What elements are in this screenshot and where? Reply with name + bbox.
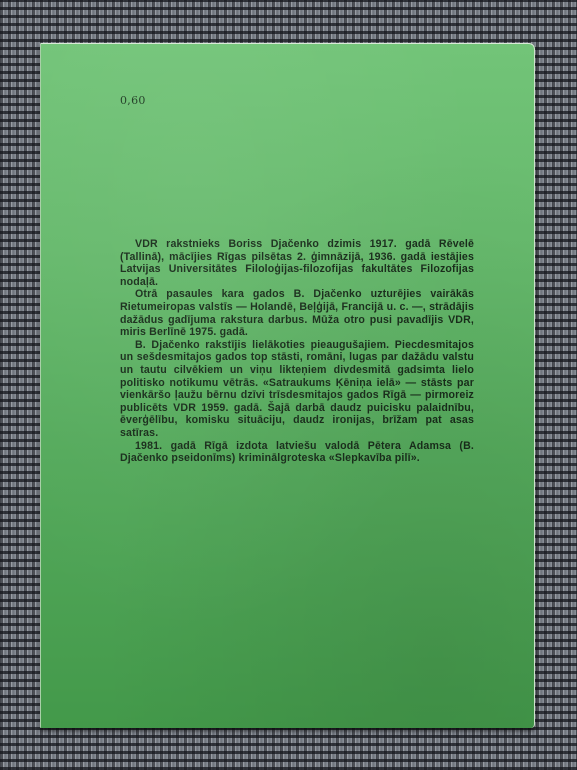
bio-paragraph-1981-edition: 1981. gadā Rīgā izdota latviešu valodā P… bbox=[120, 440, 474, 465]
book-back-cover: 0,60 VDR rakstnieks Boriss Djačenko dzim… bbox=[40, 43, 535, 728]
bio-paragraph-birth: VDR rakstnieks Boriss Djačenko dzimis 19… bbox=[120, 238, 474, 288]
author-bio-text: VDR rakstnieks Boriss Djačenko dzimis 19… bbox=[120, 238, 474, 465]
bio-paragraph-war-years: Otrā pasaules kara gados B. Djačenko uzt… bbox=[120, 288, 474, 338]
bio-paragraph-works: B. Djačenko rakstījis lielākoties pieaug… bbox=[120, 339, 474, 440]
price-label: 0,60 bbox=[120, 94, 146, 107]
